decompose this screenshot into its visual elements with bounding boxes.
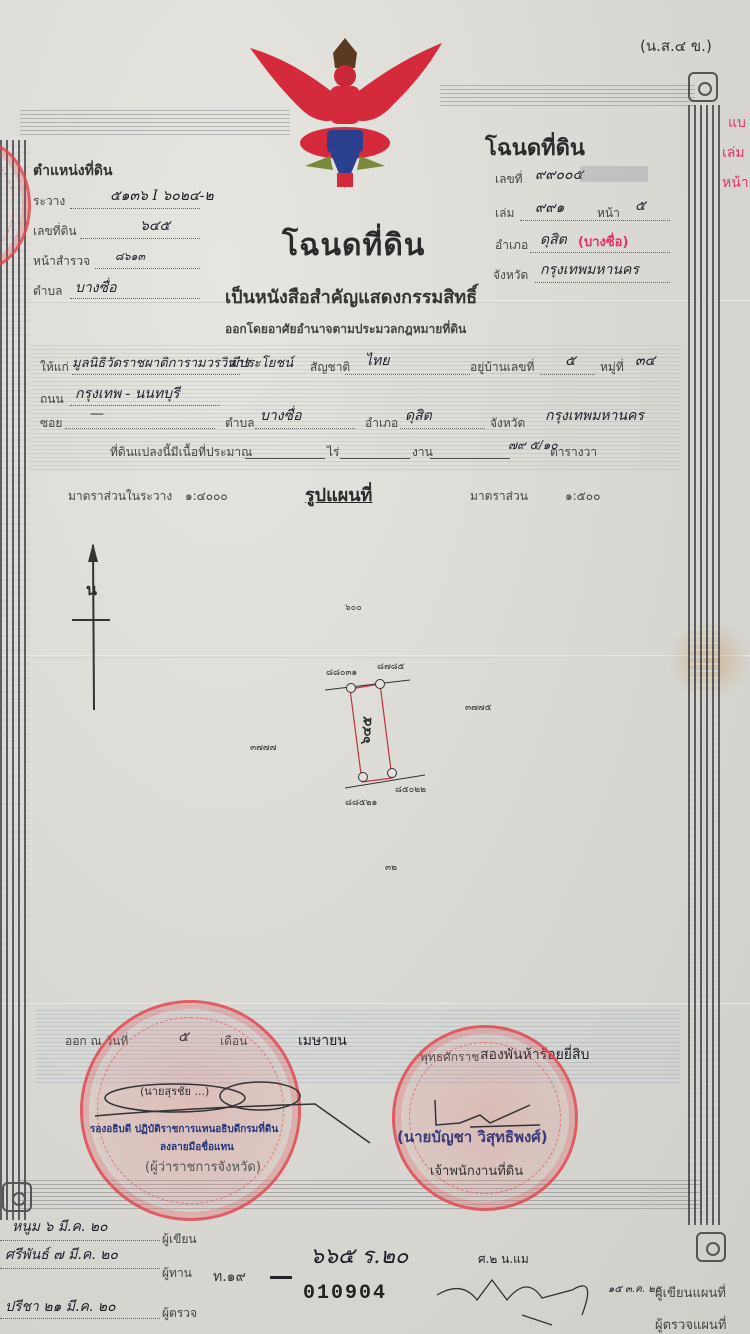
road-value: กรุงเทพ - นนทบุรี [75,383,179,405]
security-border-left [0,140,30,1220]
field-label: เลขที่ดิน [33,222,77,241]
deed-district-label: อำเภอ [495,236,528,255]
margin-note-red: แบ [728,112,746,134]
security-band-top-right [440,85,695,107]
peg-label: ๘๘๐๓๑ [326,665,357,679]
ngan-label: งาน [412,443,433,462]
deed-page-value: ๕ [635,195,646,217]
neighbor-south: ๓๒ [385,860,397,874]
inspector-value: ปรีชา ๒๑ มี.ค. ๒๐ [5,1296,116,1318]
page-title: โฉนดที่ดิน [282,222,425,269]
corner-ornament-icon [2,1182,32,1212]
deed-number-value: ๙๙๐๐๕ [535,164,583,186]
house-no-value: ๕ [565,350,576,372]
page-subtitle: เป็นหนังสือสำคัญแสดงกรรมสิทธิ์ [225,282,477,311]
road-label: ถนน [40,390,64,409]
peg-label: ๘๗๘๕ [377,659,404,673]
garuda-emblem-icon [245,38,445,198]
form-ref: ท.๑๙ [213,1266,246,1288]
checker-label: ผู้ทาน [162,1264,192,1283]
tambon-label: ตำบล [225,414,255,433]
soi-label: ซอย [40,414,62,433]
map-writer-label: ผู้เขียนแผนที่ [655,1282,726,1303]
inspector-label: ผู้ตรวจ [162,1304,197,1323]
field-value-survey-page: ๘๖๑๓ [115,247,145,265]
rai-label: ไร่ [327,443,339,462]
peg-label: ๘๕๐๒๒ [395,782,426,796]
form-code: (น.ส.๔ ข.) [640,34,712,58]
writer-label: ผู้เขียน [162,1230,197,1249]
district-note-red: (บางซื่อ) [578,231,628,252]
owner-name: มูลนิธิวัดราชผาติการามวรวิหาร [72,352,250,373]
writer-value: หนูม ๖ มี.ค. ๒๐ [12,1216,108,1238]
corner-ornament-icon [696,1232,726,1262]
tambon-value: บางซื่อ [260,405,302,427]
deed-district-value: ดุสิต [540,229,567,251]
province-value: กรุงเทพมหานคร [545,405,644,427]
issue-month-value: เมษายน [298,1030,347,1052]
owner-name-suffix: มีประโยชน์ [230,352,293,373]
signer-right-name: (นายบัญชา วิสุทธิพงศ์) [397,1125,548,1149]
map-signature [432,1270,612,1330]
boundary-peg-icon [346,683,356,693]
corner-ornament-icon [688,72,718,102]
soi-value: — [90,406,104,422]
dash-mark [270,1276,292,1279]
land-location-heading: ตำแหน่งที่ดิน [33,160,113,182]
scale-left-label: มาตราส่วนในระวาง [68,487,172,506]
field-value-rawang: ๕๑๓๖ I ๖๐๒๔-๒ [110,185,214,207]
map-checker-label: ผู้ตรวจแผนที่ [655,1314,726,1334]
field-label: ตำบล [33,282,63,301]
peg-label: ๘๘๕๒๑ [345,795,377,809]
handwritten-ref: ๖๖๕ ร.๒๐ [310,1238,408,1273]
scale-right-value: ๑:๕๐๐ [565,487,600,506]
boundary-peg-icon [387,768,397,778]
serial-number: 010904 [303,1282,387,1305]
map-writer-note: ศ.๒ น.แม [478,1250,529,1269]
north-arrow-icon [70,540,120,715]
neighbor-north: ๖๐๐ [345,600,362,614]
scale-right-label: มาตราส่วน [470,487,528,506]
deed-volume-label: เล่ม [495,204,514,223]
amphoe-value: ดุสิต [405,405,432,427]
map-title: รูปแผนที่ [305,480,372,509]
boundary-peg-icon [358,772,368,782]
deed-number-label: เลขที่ [495,170,523,189]
north-label: น [86,578,97,603]
deed-province-label: จังหวัด [493,266,528,285]
nationality-value: ไทย [365,350,389,372]
signer-left-position-3: (ผู้ว่าราชการจังหวัด) [145,1156,261,1177]
margin-note-red: เล่ม [722,142,745,164]
security-border-right [688,105,720,1225]
checker-value: ศรีพันธ์ ๗ มี.ค. ๒๐ [5,1244,118,1266]
moo-label: หมู่ที่ [600,358,624,377]
amphoe-label: อำเภอ [365,414,398,433]
field-value-tambon: บางซื่อ [75,277,117,299]
signer-left-position-2: ลงลายมือชื่อแทน [160,1140,234,1155]
wa-label: ตารางวา [550,443,597,462]
owner-to-label: ให้แก่ [40,358,69,377]
province-label: จังหวัด [490,414,525,433]
margin-note-red: หน้า [722,172,749,194]
scale-left-value: ๑:๔๐๐๐ [185,487,228,506]
map-writer-date: ๑๕ ๓.ค. ๒๐ [608,1282,661,1297]
signer-left-position: รองอธิบดี ปฏิบัติราชการแทนอธิบดีกรมที่ดิ… [90,1122,278,1137]
parcel-label: ๖๔๕ [354,716,377,746]
deed-heading: โฉนดที่ดิน [485,130,585,165]
deed-page-label: หน้า [597,204,620,223]
fold-line [0,1003,750,1006]
field-value-land-no: ๖๔๕ [140,215,170,237]
signer-left-name: (นายสุรชัย ...) [140,1082,209,1100]
field-label: ระวาง [33,192,65,211]
area-label: ที่ดินแปลงนี้มีเนื้อที่ประมาณ [110,443,252,462]
neighbor-east: ๓๗๗๕ [465,700,492,714]
boundary-peg-icon [375,679,385,689]
moo-value: ๓๔ [635,350,655,372]
deed-volume-value: ๙๙๑ [535,197,564,219]
issued-by-text: ออกโดยอาศัยอำนาจตามประมวลกฎหมายที่ดิน [225,320,466,339]
redacted-block [580,166,648,182]
house-no-label: อยู่บ้านเลขที่ [470,358,534,377]
signer-right-position: เจ้าพนักงานที่ดิน [430,1160,523,1181]
neighbor-west: ๓๗๗๗ [250,740,276,754]
deed-province-value: กรุงเทพมหานคร [540,259,639,281]
field-label: หน้าสำรวจ [33,252,90,271]
